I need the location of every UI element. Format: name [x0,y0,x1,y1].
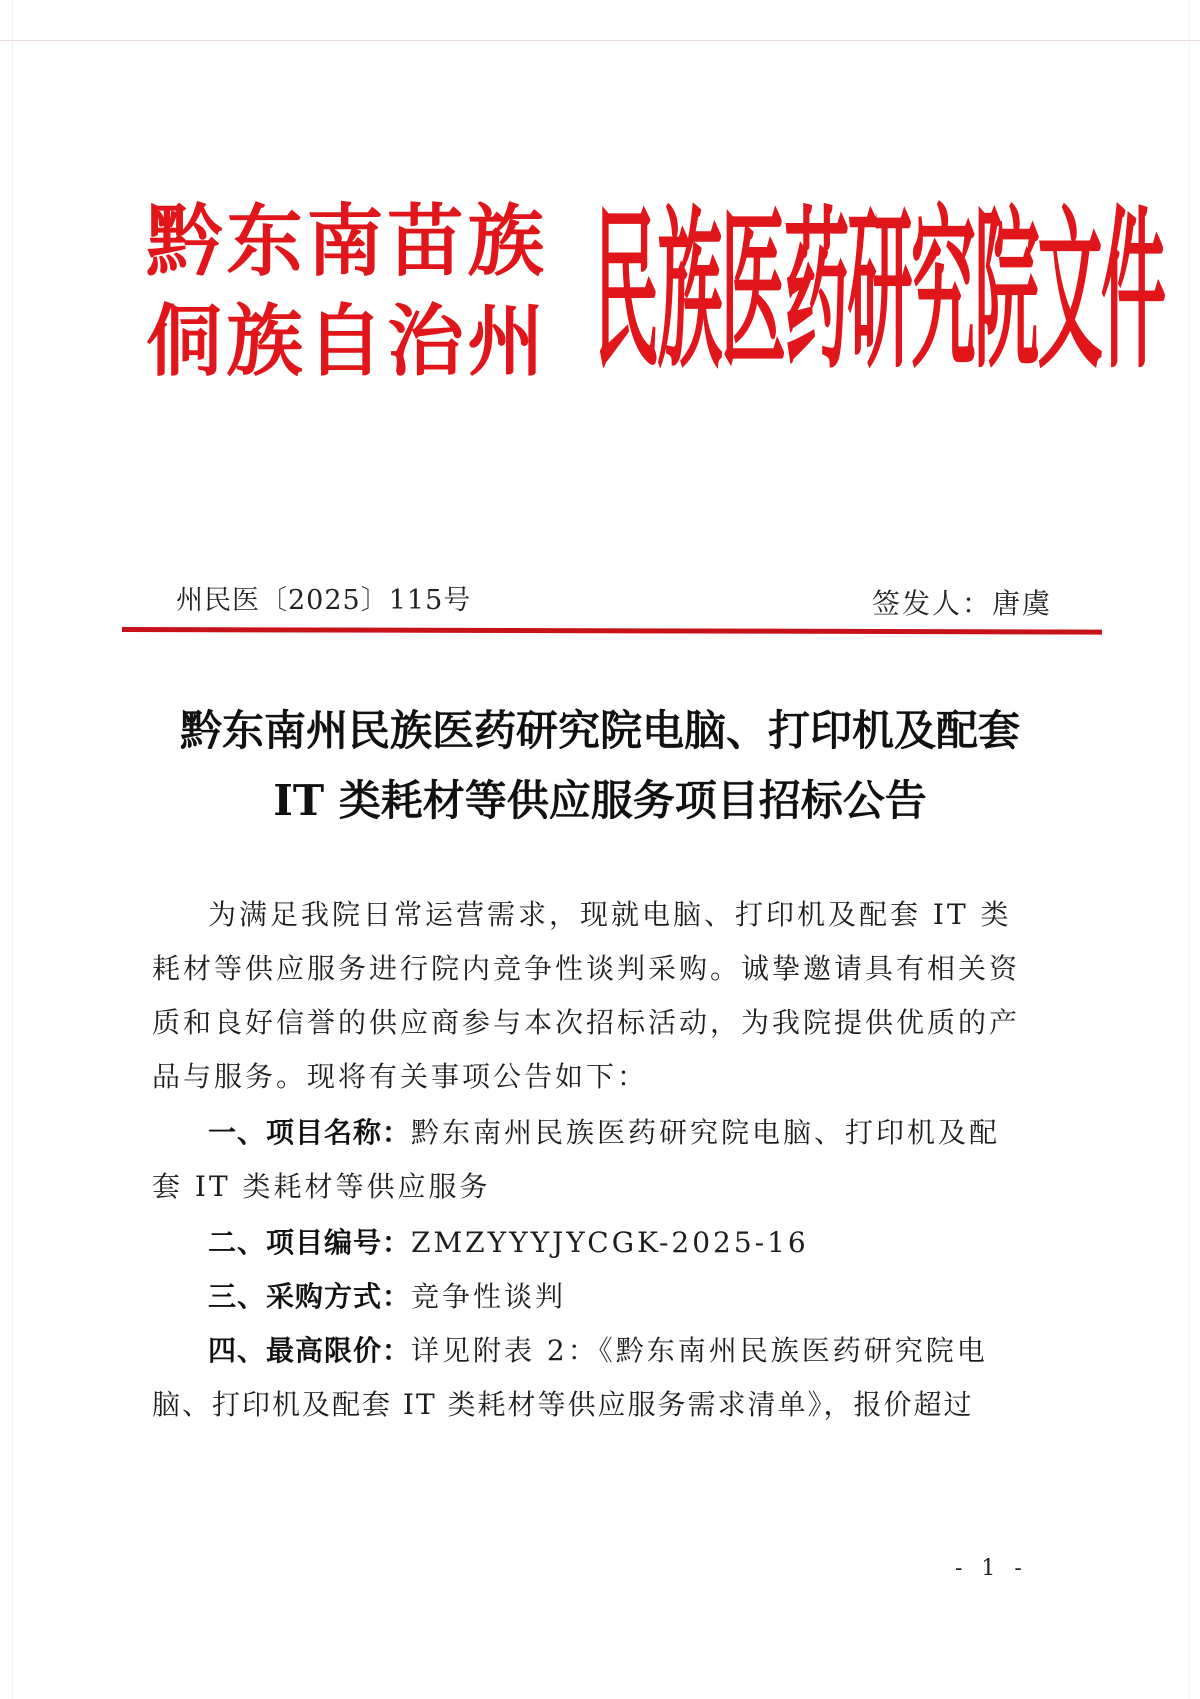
item-project-name-cont: 套 IT 类耗材等供应服务 [152,1159,491,1215]
item-value: 黔东南州民族医药研究院电脑、打印机及配 [411,1116,1000,1149]
red-divider-line [122,627,1102,635]
scan-artifact-line [0,40,1200,41]
item-procurement-method: 三、采购方式：竞争性谈判 [208,1269,566,1325]
item-project-name: 一、项目名称：黔东南州民族医药研究院电脑、打印机及配 [208,1105,1000,1161]
title-line-2: IT 类耗材等供应服务项目招标公告 [140,766,1060,836]
item-label: 四、最高限价： [208,1334,411,1367]
masthead-region-name: 黔东南苗族 侗族自治州 [146,196,586,391]
page-number: - 1 - [955,1556,1028,1581]
item-label: 二、项目编号： [208,1226,411,1259]
document-title: 黔东南州民族医药研究院电脑、打印机及配套 IT 类耗材等供应服务项目招标公告 [140,696,1060,836]
item-label: 一、项目名称： [208,1116,411,1149]
item-max-price: 四、最高限价：详见附表 2：《黔东南州民族医药研究院电 [208,1323,988,1379]
intro-line: 为满足我院日常运营需求，现就电脑、打印机及配套 IT 类 [208,887,1012,943]
item-value: 竞争性谈判 [411,1280,566,1313]
item-project-code: 二、项目编号：ZMZYYYJYCGK-2025-16 [208,1215,809,1271]
title-line-1: 黔东南州民族医药研究院电脑、打印机及配套 [140,696,1060,766]
intro-line: 耗材等供应服务进行院内竞争性谈判采购。诚挚邀请具有相关资 [152,941,1020,997]
item-max-price-cont: 脑、打印机及配套 IT 类耗材等供应服务需求清单》，报价超过 [152,1377,974,1433]
masthead-line-2: 侗族自治州 [146,296,577,388]
signer-name: 唐虞 [992,587,1052,620]
item-value: ZMZYYYJYCGK-2025-16 [411,1226,809,1259]
item-value: 详见附表 2：《黔东南州民族医药研究院电 [411,1334,988,1367]
intro-line: 品与服务。现将有关事项公告如下： [152,1049,648,1105]
masthead-institute-name: 民族医药研究院文件 [594,64,1164,522]
signer: 签发人：唐虞 [872,582,1052,622]
intro-line: 质和良好信誉的供应商参与本次招标活动，为我院提供优质的产 [152,995,1020,1051]
item-label: 三、采购方式： [208,1280,411,1313]
document-number: 州民医〔2025〕115号 [176,578,471,617]
signer-label: 签发人： [872,587,992,620]
scan-artifact-edge [12,0,13,1699]
masthead-line-1: 黔东南苗族 [146,196,577,288]
scan-artifact-edge [1189,0,1190,1699]
document-masthead: 黔东南苗族 侗族自治州 民族医药研究院文件 [146,196,1076,391]
